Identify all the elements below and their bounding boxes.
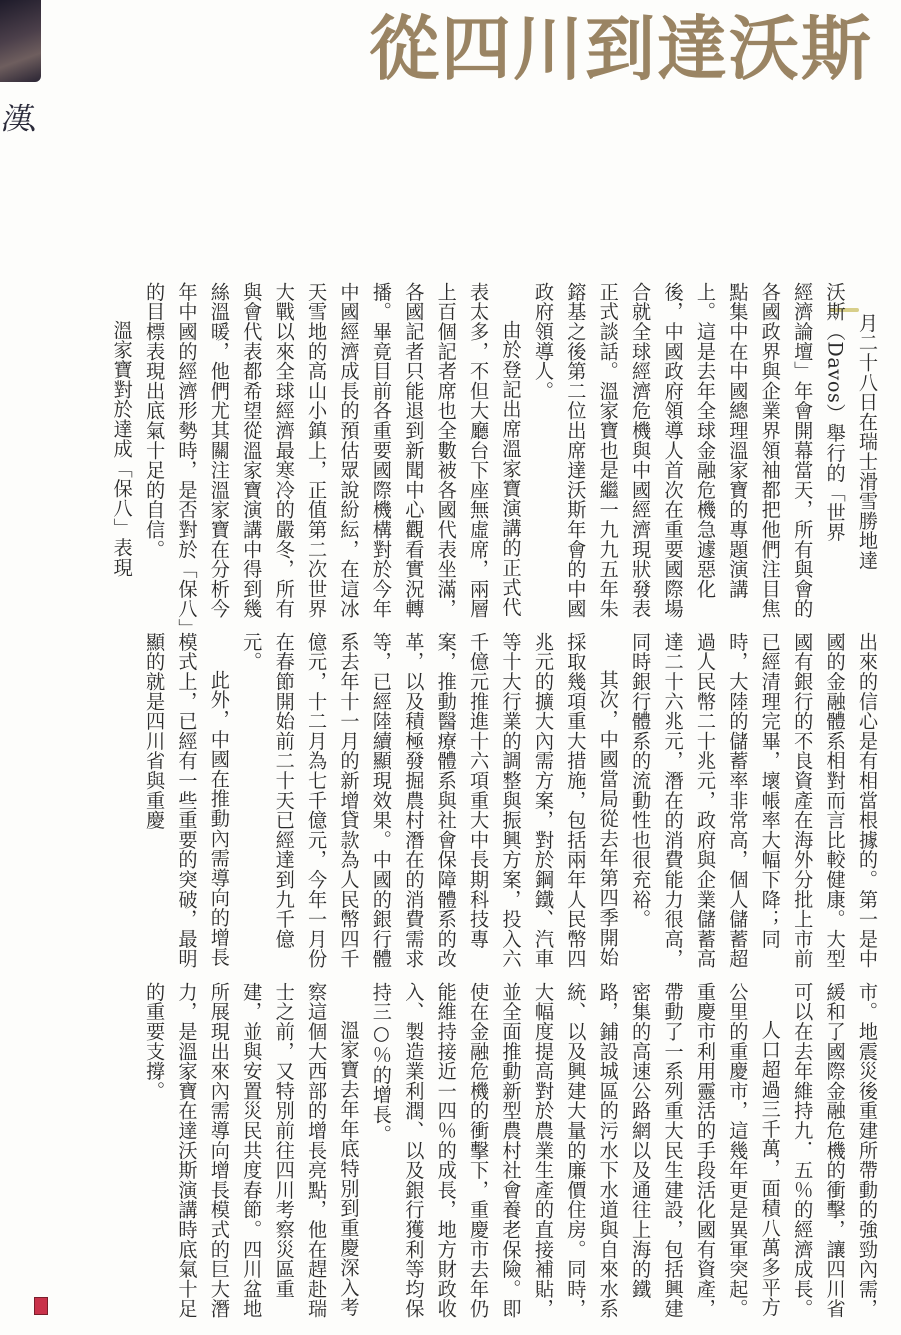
article-band-2: 出來的信心是有相當根據的。第一是中國的金融體系相對而言比較健康。大型國有銀行的不… [22,632,883,977]
paragraph: 月二十八日在瑞士滑雪勝地達 [851,282,883,630]
author-photo [0,0,41,82]
paragraph: 沃斯（Davos）舉行的「世界 [818,282,850,630]
paragraph: 溫家寶去年年底特別到重慶深入考察這個大西部的增長亮點，他在趕赴瑞士之前，又特別前… [138,982,365,1327]
author-signature: 漢、 [0,94,52,138]
paragraph: 人口超過三千萬，面積八萬多平方公里的重慶市，這幾年更是異軍突起。重慶市利用靈活的… [365,982,786,1327]
paragraph: 經濟論壇」年會開幕當天，所有與會的各國政界與企業界領袖都把他們注目焦點集中在中國… [527,282,819,630]
article-title: 從四川到達沃斯 [369,14,873,84]
paragraph: 市。地震災後重建所帶動的強勁內需，緩和了國際金融危機的衝擊，讓四川省可以在去年維… [786,982,883,1327]
end-of-article-icon [34,1297,48,1315]
paragraph: 出來的信心是有相當根據的。第一是中國的金融體系相對而言比較健康。大型國有銀行的不… [624,632,883,977]
article-band-3: 市。地震災後重建所帶動的強勁內需，緩和了國際金融危機的衝擊，讓四川省可以在去年維… [22,982,883,1327]
paragraph: 此外，中國在推動內需導向的增長模式上，已經有一些重要的突破，最明顯的就是四川省與… [138,632,235,977]
article-band-1: 月二十八日在瑞士滑雪勝地達 沃斯（Davos）舉行的「世界 經濟論壇」年會開幕當… [22,282,883,630]
paragraph: 其次，中國當局從去年第四季開始採取幾項重大措施，包括兩年人民幣四兆元的擴大內需方… [235,632,624,977]
paragraph: 由於登記出席溫家寶演講的正式代表太多，不但大廳台下座無虛席，兩層上百個記者席也全… [138,282,527,630]
paragraph: 溫家寶對於達成「保八」表現 [105,282,137,630]
